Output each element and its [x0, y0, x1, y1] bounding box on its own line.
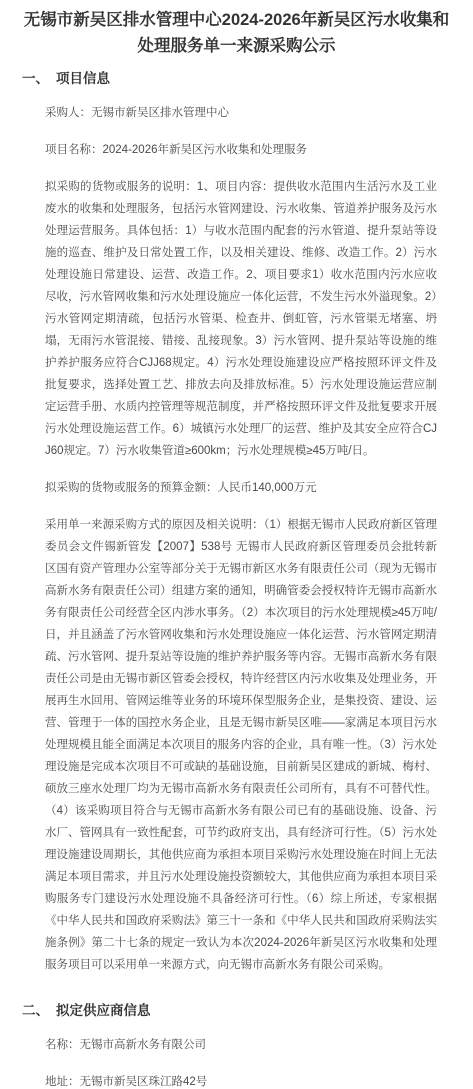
paragraph-single-source-reason: 采用单一来源采购方式的原因及相关说明：（1）根据无锡市人民政府新区管理委员会文件…	[45, 514, 437, 976]
paragraph-supplier-name: 名称：无锡市高新水务有限公司	[45, 1034, 437, 1056]
section-number: 一、	[22, 70, 49, 87]
section-number: 二、	[22, 1002, 49, 1019]
section-heading-supplier-info: 二、 拟定供应商信息	[22, 1002, 437, 1019]
section-heading-project-info: 一、 项目信息	[22, 70, 437, 87]
paragraph-service-description: 拟采购的货物或服务的说明：1、项目内容：提供收水范围内生活污水及工业废水的收集和…	[45, 176, 437, 462]
section-project-info: 一、 项目信息 采购人：无锡市新吴区排水管理中心 项目名称：2024-2026年…	[0, 70, 473, 976]
section-heading-label: 拟定供应商信息	[56, 1002, 151, 1019]
paragraph-project-name: 项目名称：2024-2026年新吴区污水收集和处理服务	[45, 139, 437, 161]
page-title: 无锡市新吴区排水管理中心2024-2026年新吴区污水收集和处理服务单一来源采购…	[18, 7, 455, 59]
paragraph-purchaser: 采购人：无锡市新吴区排水管理中心	[45, 102, 437, 124]
paragraph-budget-amount: 拟采购的货物或服务的预算金额：人民币140,000万元	[45, 477, 437, 499]
paragraph-supplier-address: 地址：无锡市新吴区珠江路42号	[45, 1071, 437, 1089]
section-supplier-info: 二、 拟定供应商信息 名称：无锡市高新水务有限公司 地址：无锡市新吴区珠江路42…	[0, 1002, 473, 1089]
section-heading-label: 项目信息	[56, 70, 110, 87]
procurement-notice-document: 无锡市新吴区排水管理中心2024-2026年新吴区污水收集和处理服务单一来源采购…	[0, 0, 473, 1089]
